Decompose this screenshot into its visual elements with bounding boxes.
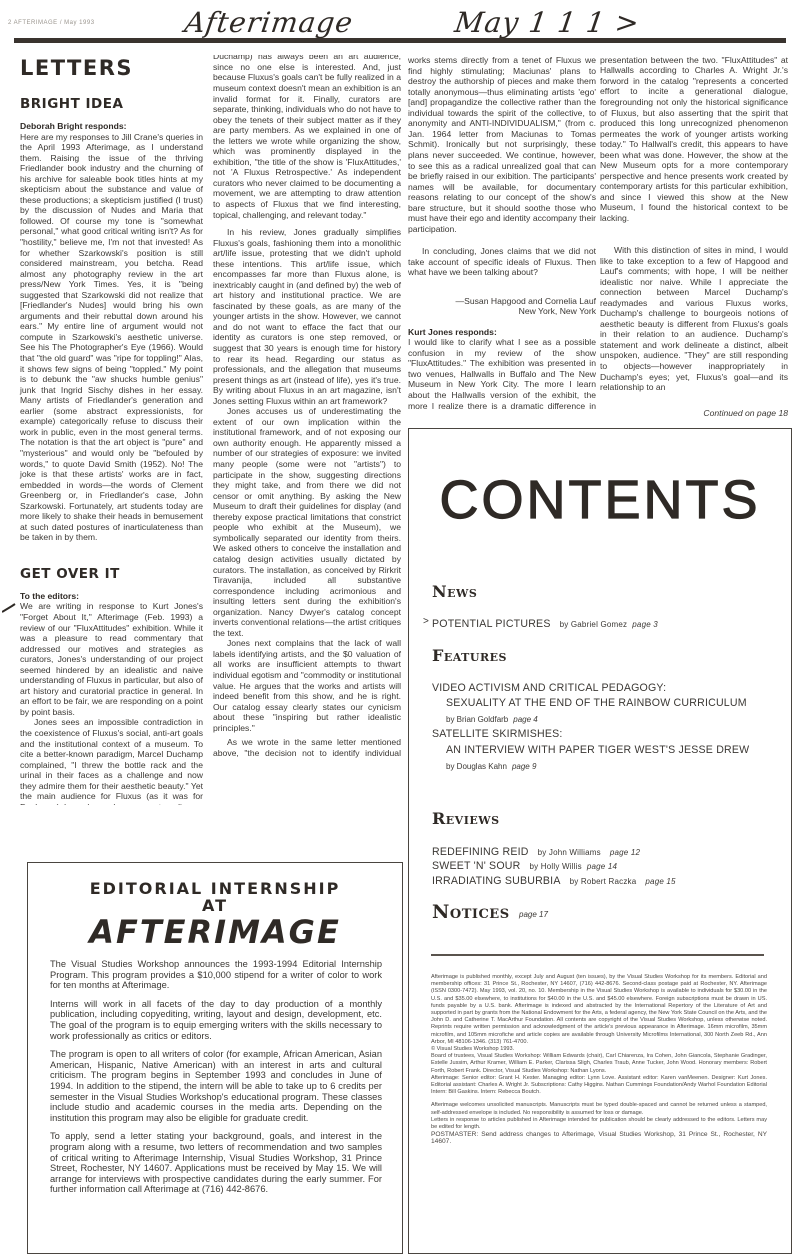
contents-box: CONTENTS News > POTENTIAL PICTURESby Gab… — [408, 428, 792, 1254]
notices-heading: Notices — [432, 901, 510, 923]
entry-page: page 3 — [632, 620, 658, 629]
get-over-it-heading: GET OVER IT — [20, 565, 203, 583]
contents-entry-review[interactable]: SWEET 'N' SOURby Holly Willispage 14 — [432, 860, 617, 872]
entry-page: page 9 — [512, 762, 536, 771]
entry-byline: by Brian Goldfarb — [446, 715, 508, 724]
reviews-heading: Reviews — [432, 809, 500, 828]
internship-paragraph: The Visual Studies Workshop announces th… — [50, 959, 382, 991]
paragraph-text: I would like to clarify what I see as a … — [600, 55, 788, 224]
masthead-copyright: © Visual Studies Workshop 1993. — [431, 1046, 767, 1053]
signature-names: —Susan Hapgood and Cornelia Lauf — [408, 296, 596, 307]
handwritten-date-note: May 1 1 1 > — [453, 6, 642, 39]
jones-response-paragraph: I would like to clarify what I see as a … — [408, 337, 596, 411]
masthead-letters: Letters in response to articles publishe… — [431, 1117, 767, 1131]
bright-idea-lead: Deborah Bright responds: — [20, 121, 203, 132]
contents-entry-feature-title[interactable]: VIDEO ACTIVISM AND CRITICAL PEDAGOGY: — [432, 682, 666, 694]
contents-entry-feature-byline: by Brian Goldfarbpage 4 — [446, 715, 538, 724]
internship-body: The Visual Studies Workshop announces th… — [50, 959, 382, 1203]
paragraph-text: As we wrote in the same letter mentioned… — [213, 737, 401, 759]
contents-divider — [431, 954, 764, 956]
masthead-board: Board of trustees, Visual Studies Worksh… — [431, 1053, 767, 1075]
get-over-it-paragraph: In his review, Jones gradually simplifie… — [213, 227, 401, 406]
contents-entry-feature-subtitle[interactable]: AN INTERVIEW WITH PAPER TIGER WEST'S JES… — [446, 744, 749, 756]
entry-page: page 12 — [610, 848, 640, 857]
column-1: LETTERS BRIGHT IDEA Deborah Bright respo… — [20, 55, 203, 805]
masthead: Afterimage is published monthly, except … — [431, 974, 767, 1146]
masthead-publication: Afterimage is published monthly, except … — [431, 974, 767, 1046]
get-over-it-paragraph: In concluding, Jones claims that we did … — [408, 246, 596, 278]
get-over-it-lead: To the editors: — [20, 591, 203, 602]
entry-page: page 15 — [645, 877, 675, 886]
signature-place: New York, New York — [408, 306, 596, 317]
contents-entry-review[interactable]: IRRADIATING SUBURBIAby Robert Raczkapage… — [432, 875, 676, 887]
page-header: 2 AFTERIMAGE / May 1993 Afterimage May 1… — [0, 0, 800, 48]
contents-title: CONTENTS — [409, 469, 791, 531]
column-3: As we wrote in the same letter mentioned… — [408, 55, 596, 411]
column-4: I would like to clarify what I see as a … — [600, 55, 788, 393]
contents-entry-review[interactable]: REDEFINING REIDby John Williamspage 12 — [432, 846, 640, 858]
entry-byline: by Gabriel Gomez — [560, 620, 628, 629]
handwritten-publication-note: Afterimage — [183, 6, 356, 39]
entry-title: IRRADIATING SUBURBIA — [432, 875, 561, 887]
news-heading: News — [432, 582, 477, 601]
features-heading: Features — [432, 646, 507, 665]
get-over-it-paragraph: As we wrote in the same letter mentioned… — [213, 737, 401, 759]
internship-ad-box: EDITORIAL INTERNSHIP AT AFTERIMAGE The V… — [27, 862, 403, 1254]
entry-title: SWEET 'N' SOUR — [432, 860, 520, 872]
continued-on-page-link[interactable]: Continued on page 18 — [600, 408, 788, 418]
notices-page[interactable]: page 17 — [519, 910, 548, 919]
letters-title: LETTERS — [20, 55, 203, 81]
entry-page: page 4 — [513, 715, 537, 724]
paragraph-text: As we wrote in the same letter mentioned… — [408, 55, 596, 234]
arrow-mark-icon: > — [423, 616, 429, 627]
contents-entry-feature-subtitle[interactable]: SEXUALITY AT THE END OF THE RAINBOW CURR… — [446, 697, 747, 709]
header-rule — [14, 38, 786, 43]
contents-entry-news[interactable]: POTENTIAL PICTURESby Gabriel Gomezpage 3 — [432, 618, 658, 630]
get-over-it-paragraph: Jones accuses us of underestimating the … — [213, 406, 401, 638]
entry-title: REDEFINING REID — [432, 846, 529, 858]
masthead-staff: Afterimage: Senior editor: Grant H. Kest… — [431, 1075, 767, 1097]
internship-paragraph: To apply, send a letter stating your bac… — [50, 1131, 382, 1195]
jones-response-lead: Kurt Jones responds: — [408, 327, 596, 338]
get-over-it-paragraph-continued: As we wrote in the same letter mentioned… — [408, 55, 596, 246]
entry-page: page 14 — [587, 862, 617, 871]
contents-entry-feature-title[interactable]: SATELLITE SKIRMISHES: — [432, 728, 563, 740]
contents-entry-feature-byline: by Douglas Kahnpage 9 — [446, 762, 536, 771]
internship-paragraph: Interns will work in all facets of the d… — [50, 999, 382, 1041]
bright-idea-heading: BRIGHT IDEA — [20, 95, 203, 113]
jones-response-paragraph: With this distinction of sites in mind, … — [600, 245, 788, 393]
get-over-it-paragraph: Jones next complains that the lack of wa… — [213, 638, 401, 733]
masthead-postmaster: POSTMASTER: Send address changes to Afte… — [431, 1131, 767, 1145]
get-over-it-paragraph-continued: Jones sees an impossible contradiction i… — [213, 55, 401, 227]
internship-paragraph: The program is open to all writers of co… — [50, 1049, 382, 1123]
get-over-it-paragraph: Jones sees an impossible contradiction i… — [20, 717, 203, 805]
page-folio: 2 AFTERIMAGE / May 1993 — [8, 20, 95, 26]
paragraph-text: Jones sees an impossible contradiction i… — [213, 55, 401, 220]
column-2: Jones sees an impossible contradiction i… — [213, 55, 401, 759]
jones-response-paragraph-continued: I would like to clarify what I see as a … — [600, 55, 788, 245]
internship-heading-afterimage: AFTERIMAGE — [28, 913, 402, 951]
pointer-mark-icon — [2, 603, 16, 613]
entry-byline: by Robert Raczka — [570, 877, 637, 886]
entry-byline: by Holly Willis — [529, 862, 581, 871]
bright-idea-body: Here are my responses to Jill Crane's qu… — [20, 132, 203, 543]
masthead-manuscripts: Afterimage welcomes unsolicited manuscri… — [431, 1102, 767, 1116]
entry-byline: by John Williams — [538, 848, 601, 857]
paragraph-text: I would like to clarify what I see as a … — [408, 337, 596, 411]
get-over-it-paragraph: We are writing in response to Kurt Jones… — [20, 601, 203, 717]
entry-title: POTENTIAL PICTURES — [432, 618, 551, 630]
entry-byline: by Douglas Kahn — [446, 762, 507, 771]
